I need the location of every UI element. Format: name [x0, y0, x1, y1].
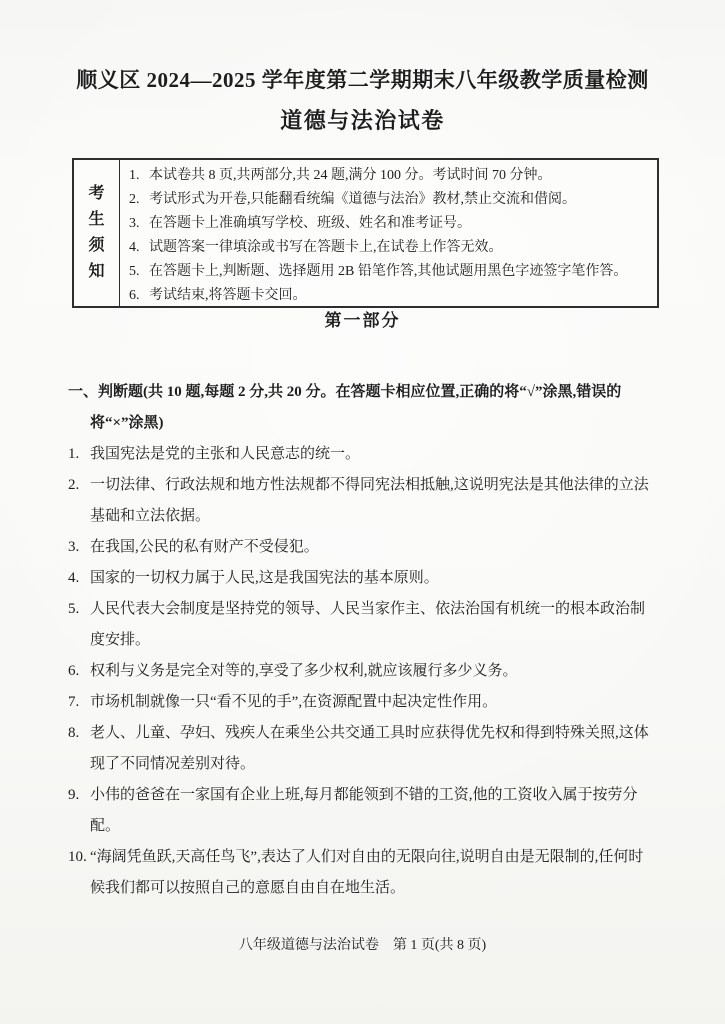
notice-item-number: 3. — [129, 212, 149, 236]
question-text: 老人、儿童、孕妇、残疾人在乘坐公共交通工具时应获得优先权和得到特殊关照,这体现了… — [90, 725, 649, 772]
notice-item-number: 6. — [129, 284, 149, 308]
question-number: 7. — [68, 687, 90, 718]
question-number: 6. — [68, 656, 90, 687]
footer-page-indicator: 第 1 页(共 8 页) — [393, 936, 486, 956]
question-number: 1. — [68, 439, 90, 470]
question-text: 在我国,公民的私有财产不受侵犯。 — [90, 539, 319, 555]
notice-label-char: 生 — [88, 212, 104, 228]
question-number: 5. — [68, 594, 90, 625]
question-number: 10. — [68, 842, 90, 873]
question-item-10: 10.“海阔凭鱼跃,天高任鸟飞”,表达了人们对自由的无限向往,说明自由是无限制的… — [68, 842, 658, 904]
question-text: 人民代表大会制度是坚持党的领导、人民当家作主、依法治国有机统一的根本政治制度安排… — [90, 601, 645, 648]
question-number: 9. — [68, 780, 90, 811]
notice-item-text: 考试结束,将答题卡交回。 — [149, 288, 307, 303]
notice-item: 6.考试结束,将答题卡交回。 — [129, 284, 653, 308]
question-number: 3. — [68, 532, 90, 563]
question-number: 4. — [68, 563, 90, 594]
section-one-body: 一、判断题(共 10 题,每题 2 分,共 20 分。在答题卡相应位置,正确的将… — [68, 377, 658, 904]
notice-item-text: 在答题卡上准确填写学校、班级、姓名和准考证号。 — [149, 216, 471, 231]
judgment-directions: 一、判断题(共 10 题,每题 2 分,共 20 分。在答题卡相应位置,正确的将… — [68, 377, 658, 439]
candidate-notice-box: 考 生 须 知 1.本试卷共 8 页,共两部分,共 24 题,满分 100 分。… — [72, 158, 659, 308]
page-subtitle: 道德与法治试卷 — [0, 106, 725, 136]
notice-vertical-label: 考 生 须 知 — [74, 160, 120, 306]
notice-item-text: 本试卷共 8 页,共两部分,共 24 题,满分 100 分。考试时间 70 分钟… — [149, 168, 552, 183]
question-item-3: 3.在我国,公民的私有财产不受侵犯。 — [68, 532, 658, 563]
notice-item: 3.在答题卡上准确填写学校、班级、姓名和准考证号。 — [129, 212, 653, 236]
notice-item-text: 考试形式为开卷,只能翻看统编《道德与法治》教材,禁止交流和借阅。 — [149, 192, 576, 207]
question-text: 市场机制就像一只“看不见的手”,在资源配置中起决定性作用。 — [90, 694, 497, 710]
question-item-2: 2.一切法律、行政法规和地方性法规都不得同宪法相抵触,这说明宪法是其他法律的立法… — [68, 470, 658, 532]
question-item-6: 6.权利与义务是完全对等的,享受了多少权利,就应该履行多少义务。 — [68, 656, 658, 687]
notice-item-number: 1. — [129, 164, 149, 188]
notice-item-number: 5. — [129, 260, 149, 284]
notice-label-char: 知 — [88, 264, 104, 280]
question-item-9: 9.小伟的爸爸在一家国有企业上班,每月都能领到不错的工资,他的工资收入属于按劳分… — [68, 780, 658, 842]
notice-label-char: 须 — [88, 238, 104, 254]
question-number: 8. — [68, 718, 90, 749]
question-item-7: 7.市场机制就像一只“看不见的手”,在资源配置中起决定性作用。 — [68, 687, 658, 718]
notice-item-number: 2. — [129, 188, 149, 212]
notice-label-char: 考 — [88, 186, 104, 202]
page-footer: 八年级道德与法治试卷第 1 页(共 8 页) — [0, 936, 725, 956]
question-text: 小伟的爸爸在一家国有企业上班,每月都能领到不错的工资,他的工资收入属于按劳分配。 — [90, 787, 638, 834]
notice-item-list: 1.本试卷共 8 页,共两部分,共 24 题,满分 100 分。考试时间 70 … — [120, 160, 657, 306]
notice-item: 1.本试卷共 8 页,共两部分,共 24 题,满分 100 分。考试时间 70 … — [129, 164, 653, 188]
question-item-5: 5.人民代表大会制度是坚持党的领导、人民当家作主、依法治国有机统一的根本政治制度… — [68, 594, 658, 656]
notice-item-number: 4. — [129, 236, 149, 260]
notice-item-text: 在答题卡上,判断题、选择题用 2B 铅笔作答,其他试题用黑色字迹签字笔作答。 — [149, 264, 627, 279]
question-item-1: 1.我国宪法是党的主张和人民意志的统一。 — [68, 439, 658, 470]
question-item-8: 8.老人、儿童、孕妇、残疾人在乘坐公共交通工具时应获得优先权和得到特殊关照,这体… — [68, 718, 658, 780]
exam-page-scan: { "header": { "title": "顺义区 2024—2025 学年… — [0, 0, 725, 1024]
page-title: 顺义区 2024—2025 学年度第二学期期末八年级教学质量检测 — [0, 66, 725, 94]
notice-item: 2.考试形式为开卷,只能翻看统编《道德与法治》教材,禁止交流和借阅。 — [129, 188, 653, 212]
question-text: 一切法律、行政法规和地方性法规都不得同宪法相抵触,这说明宪法是其他法律的立法基础… — [90, 477, 649, 524]
notice-item: 4.试题答案一律填涂或书写在答题卡上,在试卷上作答无效。 — [129, 236, 653, 260]
question-text: “海阔凭鱼跃,天高任鸟飞”,表达了人们对自由的无限向往,说明自由是无限制的,任何… — [90, 849, 643, 896]
section-one-heading: 第一部分 — [0, 310, 725, 332]
question-text: 我国宪法是党的主张和人民意志的统一。 — [90, 446, 360, 462]
notice-item-text: 试题答案一律填涂或书写在答题卡上,在试卷上作答无效。 — [149, 240, 503, 255]
question-text: 国家的一切权力属于人民,这是我国宪法的基本原则。 — [90, 570, 439, 586]
question-number: 2. — [68, 470, 90, 501]
question-text: 权利与义务是完全对等的,享受了多少权利,就应该履行多少义务。 — [90, 663, 518, 679]
notice-item: 5.在答题卡上,判断题、选择题用 2B 铅笔作答,其他试题用黑色字迹签字笔作答。 — [129, 260, 653, 284]
question-item-4: 4.国家的一切权力属于人民,这是我国宪法的基本原则。 — [68, 563, 658, 594]
footer-doc-name: 八年级道德与法治试卷 — [239, 936, 379, 956]
